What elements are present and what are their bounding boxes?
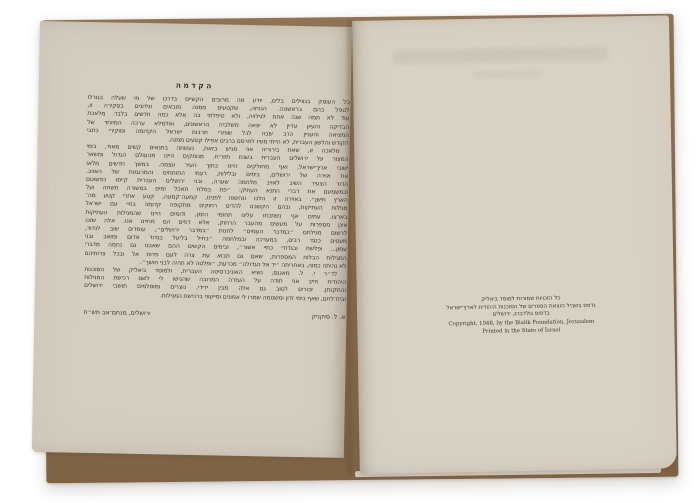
colophon: כל הזכויות שמורות למוסד ביאליקנדפס בשביל… — [415, 294, 628, 336]
author-signature: א. ל. סוקניק — [311, 313, 345, 321]
preface-heading: הקדמה — [39, 78, 351, 93]
colophon-english: Copyright, 1948, by the Bialik Foundatio… — [415, 318, 627, 337]
place-date: ירושלים, מנחם־אב תש״ח — [83, 309, 150, 317]
signature-row: א. ל. סוקניק ירושלים, מנחם־אב תש״ח — [83, 309, 345, 321]
show-through-ghost — [393, 47, 608, 65]
show-through-ghost-small — [473, 70, 543, 79]
book-photo: הקדמה כל העוסק בגווילים בלים, יודע מה מר… — [0, 0, 700, 503]
left-page: הקדמה כל העוסק בגווילים בלים, יודע מה מר… — [32, 21, 352, 458]
preface-text: כל העוסק בגווילים בלים, יודע מה מרובים ה… — [84, 94, 350, 304]
colophon-hebrew: כל הזכויות שמורות למוסד ביאליקנדפס בשביל… — [415, 294, 627, 320]
right-page: כל הזכויות שמורות למוסד ביאליקנדפס בשביל… — [352, 15, 677, 473]
